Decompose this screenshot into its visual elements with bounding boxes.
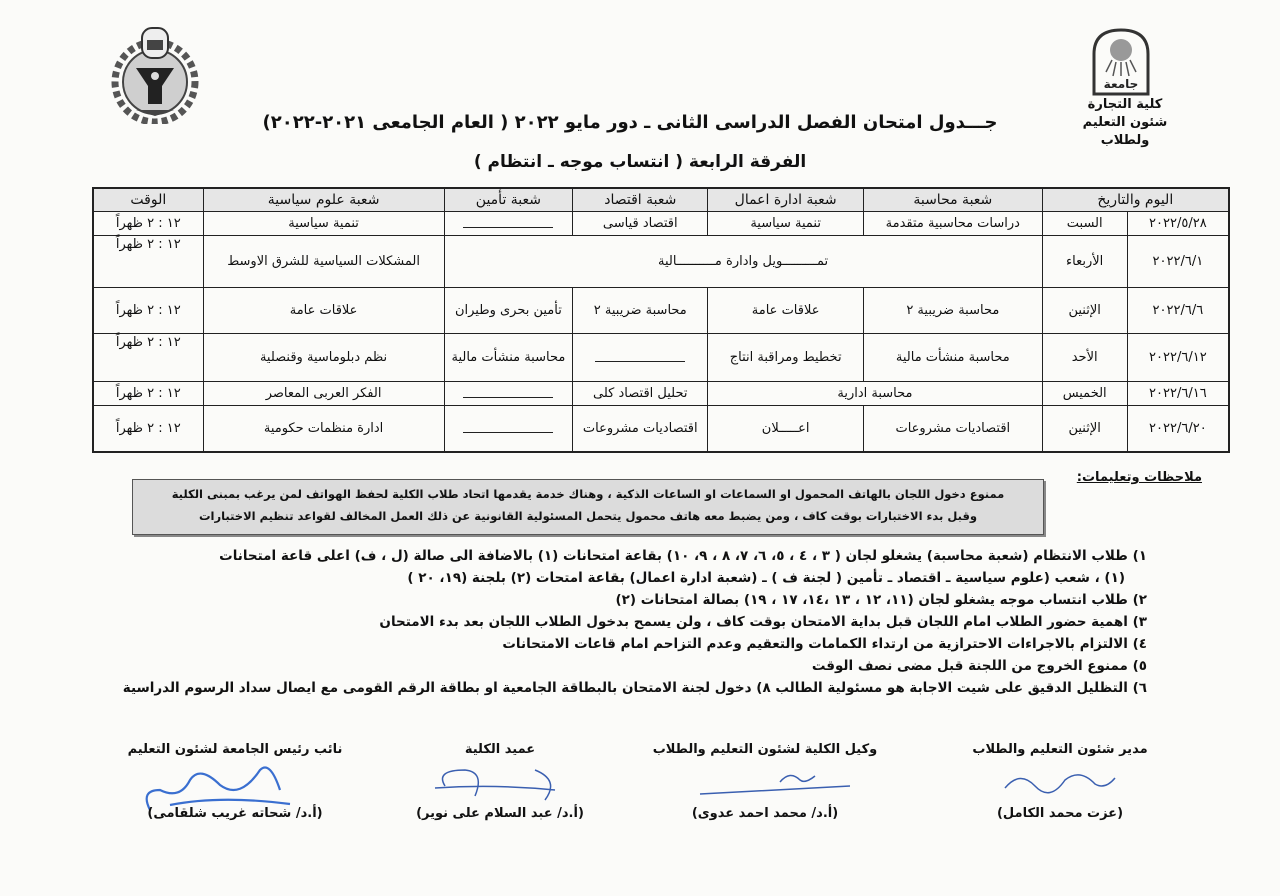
signature-block: مدير شئون التعليم والطلاب (عزت محمد الكا… — [945, 742, 1175, 762]
empty-dash — [463, 424, 553, 433]
table-row: ٢٠٢٢/٥/٢٨ السبت دراسات محاسبية متقدمة تن… — [93, 212, 1229, 236]
cell-time: ١٢ : ٢ ظهراً — [93, 212, 203, 236]
header-insurance: شعبة تأمين — [444, 188, 573, 212]
page-subtitle: الفرقة الرابعة ( انتساب موجه ـ انتظام ) — [330, 152, 950, 172]
cell-political-science: المشكلات السياسية للشرق الاوسط — [203, 236, 444, 288]
cell-day: الإثنين — [1042, 406, 1127, 452]
college-header: كلية التجارة شئون التعليم ولطلاب — [1060, 96, 1190, 150]
table-row: ٢٠٢٢/٦/٦ الإثنين محاسبة ضريبية ٢ علاقات … — [93, 288, 1229, 334]
signature-role: عميد الكلية — [385, 742, 615, 762]
exam-schedule-table: اليوم والتاريخ شعبة محاسبة شعبة ادارة اع… — [92, 187, 1230, 453]
faculty-emblem-logo — [106, 24, 204, 124]
cell-day: الخميس — [1042, 382, 1127, 406]
cell-political-science: تنمية سياسية — [203, 212, 444, 236]
instruction-item: ٢) طلاب انتساب موجه يشغلو لجان (١١، ١٢ ،… — [92, 589, 1147, 611]
signature-name: (عزت محمد الكامل) — [945, 806, 1175, 821]
phone-warning-box: ممنوع دخول اللجان بالهاتف المحمول او الس… — [132, 479, 1044, 535]
cell-economics: اقتصاد قياسى — [573, 212, 708, 236]
cell-business-admin: علاقات عامة — [708, 288, 864, 334]
header-business-admin: شعبة ادارة اعمال — [708, 188, 864, 212]
table-row: ٢٠٢٢/٦/٢٠ الإثنين اقتصاديات مشروعات اعــ… — [93, 406, 1229, 452]
instruction-item: ٣) اهمية حضور الطلاب امام اللجان قبل بدا… — [92, 611, 1147, 633]
signature-name: (أ.د/ عبد السلام على نوير) — [385, 806, 615, 821]
handwritten-signature-icon — [690, 760, 860, 800]
signature-role: وكيل الكلية لشئون التعليم والطلاب — [650, 742, 880, 762]
signature-name: (أ.د/ محمد احمد عدوى) — [650, 806, 880, 821]
header-political-science: شعبة علوم سياسية — [203, 188, 444, 212]
cell-time: ١٢ : ٢ ظهراً — [93, 382, 203, 406]
cell-time: ١٢ : ٢ ظهراً — [93, 288, 203, 334]
cell-day: الأحد — [1042, 334, 1127, 382]
warning-line-2: وقبل بدء الاختبارات بوقت كاف ، ومن يضبط … — [133, 505, 1043, 527]
instruction-item: ٤) الالتزام بالاجراءات الاحترازية من ارت… — [92, 633, 1147, 655]
header-time: الوقت — [93, 188, 203, 212]
instructions-list: ١) طلاب الانتظام (شعبة محاسبة) يشغلو لجا… — [92, 545, 1147, 699]
table-row: ٢٠٢٢/٦/١ الأربعاء تمـــــــــويل وادارة … — [93, 236, 1229, 288]
cell-insurance: تأمين بحرى وطيران — [444, 288, 573, 334]
cell-date: ٢٠٢٢/٦/٢٠ — [1127, 406, 1229, 452]
handwritten-signature-icon — [425, 760, 585, 806]
cell-political-science: ادارة منظمات حكومية — [203, 406, 444, 452]
handwritten-signature-icon — [985, 760, 1135, 800]
cell-day: السبت — [1042, 212, 1127, 236]
header-economics: شعبة اقتصاد — [573, 188, 708, 212]
signature-block: وكيل الكلية لشئون التعليم والطلاب (أ.د/ … — [650, 742, 880, 762]
college-name: كلية التجارة — [1060, 96, 1190, 114]
cell-date: ٢٠٢٢/٦/١٦ — [1127, 382, 1229, 406]
cell-accounting: محاسبة ضريبية ٢ — [864, 288, 1043, 334]
page-title: جـــدول امتحان الفصل الدراسى الثانى ـ دو… — [230, 112, 1030, 133]
header-day-date: اليوم والتاريخ — [1042, 188, 1229, 212]
cell-date: ٢٠٢٢/٦/١٢ — [1127, 334, 1229, 382]
svg-text:جامعة: جامعة — [1104, 77, 1139, 91]
instruction-item: ٦) التظليل الدقيق على شيت الاجابة هو مسئ… — [92, 677, 1147, 699]
cell-economics: اقتصاديات مشروعات — [573, 406, 708, 452]
cell-merged-managerial-accounting: محاسبة ادارية — [708, 382, 1042, 406]
cell-political-science: نظم دبلوماسية وقنصلية — [203, 334, 444, 382]
table-row: ٢٠٢٢/٦/١٦ الخميس محاسبة ادارية تحليل اقت… — [93, 382, 1229, 406]
signature-block: نائب رئيس الجامعة لشئون التعليم (أ.د/ شح… — [120, 742, 350, 762]
notes-heading: ملاحظات وتعليمات: — [1062, 470, 1202, 485]
table-row: ٢٠٢٢/٦/١٢ الأحد محاسبة منشأت مالية تخطيط… — [93, 334, 1229, 382]
university-logo: جامعة — [1088, 26, 1154, 96]
empty-dash — [463, 219, 553, 228]
cell-merged-finance: تمـــــــــويل وادارة مــــــــــالية — [444, 236, 1042, 288]
cell-insurance — [444, 406, 573, 452]
cell-business-admin: تخطيط ومراقبة انتاج — [708, 334, 864, 382]
cell-accounting: اقتصاديات مشروعات — [864, 406, 1043, 452]
signature-block: عميد الكلية (أ.د/ عبد السلام على نوير) — [385, 742, 615, 762]
cell-insurance — [444, 382, 573, 406]
empty-dash — [463, 389, 553, 398]
cell-date: ٢٠٢٢/٦/٦ — [1127, 288, 1229, 334]
cell-political-science: علاقات عامة — [203, 288, 444, 334]
department-name: شئون التعليم ولطلاب — [1060, 114, 1190, 150]
table-header-row: اليوم والتاريخ شعبة محاسبة شعبة ادارة اع… — [93, 188, 1229, 212]
signature-role: مدير شئون التعليم والطلاب — [945, 742, 1175, 762]
cell-day: الإثنين — [1042, 288, 1127, 334]
cell-date: ٢٠٢٢/٦/١ — [1127, 236, 1229, 288]
cell-economics: محاسبة ضريبية ٢ — [573, 288, 708, 334]
cell-time: ١٢ : ٢ ظهراً — [93, 334, 203, 382]
signature-role: نائب رئيس الجامعة لشئون التعليم — [120, 742, 350, 762]
signature-name: (أ.د/ شحاته غريب شلقامى) — [120, 806, 350, 821]
instruction-item: (١) ، شعب (علوم سياسية ـ اقتصاد ـ تأمين … — [92, 567, 1147, 589]
cell-insurance — [444, 212, 573, 236]
warning-line-1: ممنوع دخول اللجان بالهاتف المحمول او الس… — [133, 483, 1043, 505]
empty-dash — [595, 353, 685, 362]
cell-economics — [573, 334, 708, 382]
instruction-item: ٥) ممنوع الخروج من اللجنة قبل مضى نصف ال… — [92, 655, 1147, 677]
cell-date: ٢٠٢٢/٥/٢٨ — [1127, 212, 1229, 236]
cell-business-admin: تنمية سياسية — [708, 212, 864, 236]
cell-accounting: دراسات محاسبية متقدمة — [864, 212, 1043, 236]
cell-accounting: محاسبة منشأت مالية — [864, 334, 1043, 382]
cell-time: ١٢ : ٢ ظهراً — [93, 236, 203, 288]
cell-insurance: محاسبة منشأت مالية — [444, 334, 573, 382]
cell-economics: تحليل اقتصاد كلى — [573, 382, 708, 406]
instruction-item: ١) طلاب الانتظام (شعبة محاسبة) يشغلو لجا… — [92, 545, 1147, 567]
cell-day: الأربعاء — [1042, 236, 1127, 288]
cell-political-science: الفكر العربى المعاصر — [203, 382, 444, 406]
cell-business-admin: اعـــــلان — [708, 406, 864, 452]
cell-time: ١٢ : ٢ ظهراً — [93, 406, 203, 452]
header-accounting: شعبة محاسبة — [864, 188, 1043, 212]
